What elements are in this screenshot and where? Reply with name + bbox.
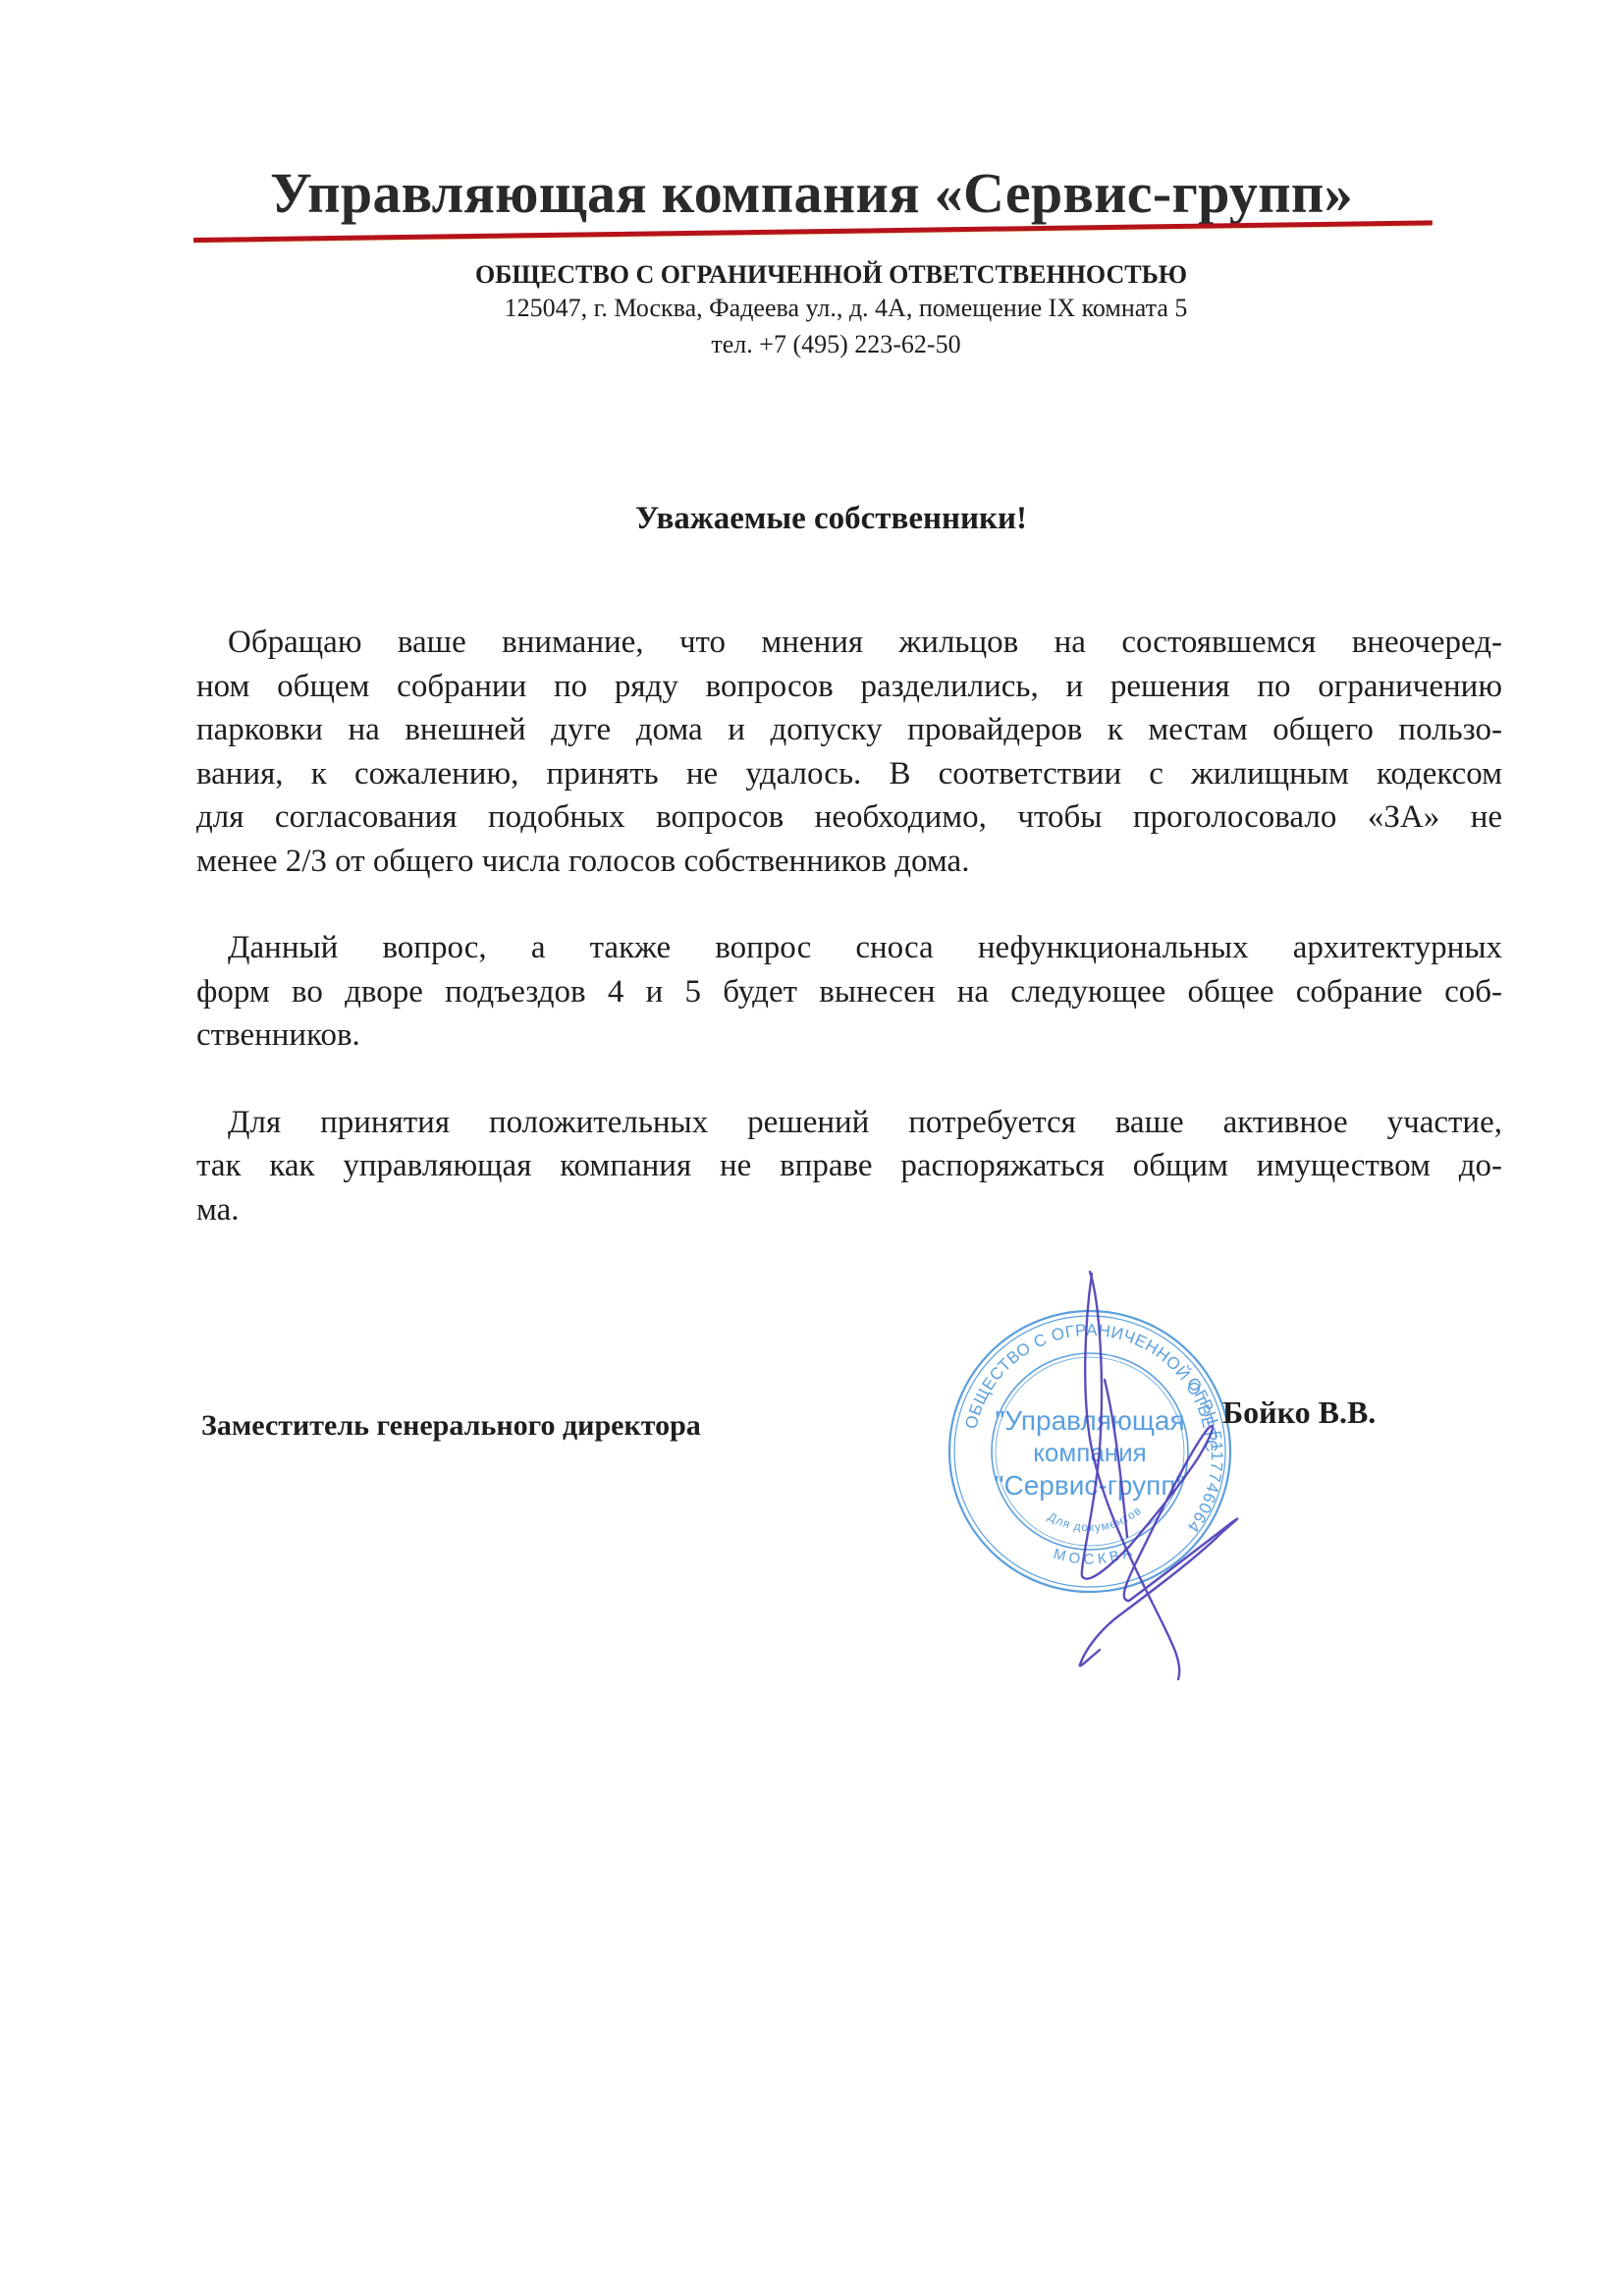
body-line: форм во дворе подъездов 4 и 5 будет выне… xyxy=(196,970,1502,1014)
company-title: Управляющая компания «Сервис-групп» xyxy=(0,159,1623,228)
body-line: менее 2/3 от общего числа голосов собств… xyxy=(196,840,1502,884)
body-line: так как управляющая компания не вправе р… xyxy=(196,1144,1502,1188)
signer-position: Заместитель генерального директора xyxy=(201,1406,701,1446)
body-line: для согласования подобных вопросов необх… xyxy=(196,795,1502,840)
body-line: ном общем собрании по ряду вопросов разд… xyxy=(196,665,1502,709)
salutation: Уважаемые собственники! xyxy=(0,499,1623,538)
paragraph-1: Обращаю ваше внимание, что мнения жильцо… xyxy=(196,621,1502,883)
body-line: Данный вопрос, а также вопрос сноса нефу… xyxy=(196,926,1502,970)
body-line: вания, к сожалению, принять не удалось. … xyxy=(196,752,1502,796)
company-phone: тел. +7 (495) 223-62-50 xyxy=(0,329,1623,360)
handwritten-signature-icon xyxy=(1060,1262,1286,1684)
legal-form: ОБЩЕСТВО С ОГРАНИЧЕННОЙ ОТВЕТСТВЕННОСТЬЮ xyxy=(0,259,1623,291)
company-address: 125047, г. Москва, Фадеева ул., д. 4А, п… xyxy=(0,293,1623,324)
paragraph-3: Для принятия положительных решений потре… xyxy=(196,1101,1502,1232)
body-line: ственников. xyxy=(196,1013,1502,1058)
paragraph-2: Данный вопрос, а также вопрос сноса нефу… xyxy=(196,926,1502,1058)
body-line: Для принятия положительных решений потре… xyxy=(196,1101,1502,1145)
body-line: Обращаю ваше внимание, что мнения жильцо… xyxy=(196,621,1502,665)
letter-page: Управляющая компания «Сервис-групп» ОБЩЕ… xyxy=(0,0,1623,2296)
body-line: парковки на внешней дуге дома и допуску … xyxy=(196,708,1502,752)
body-line: ма. xyxy=(196,1188,1502,1232)
letter-body: Обращаю ваше внимание, что мнения жильцо… xyxy=(196,621,1502,1275)
